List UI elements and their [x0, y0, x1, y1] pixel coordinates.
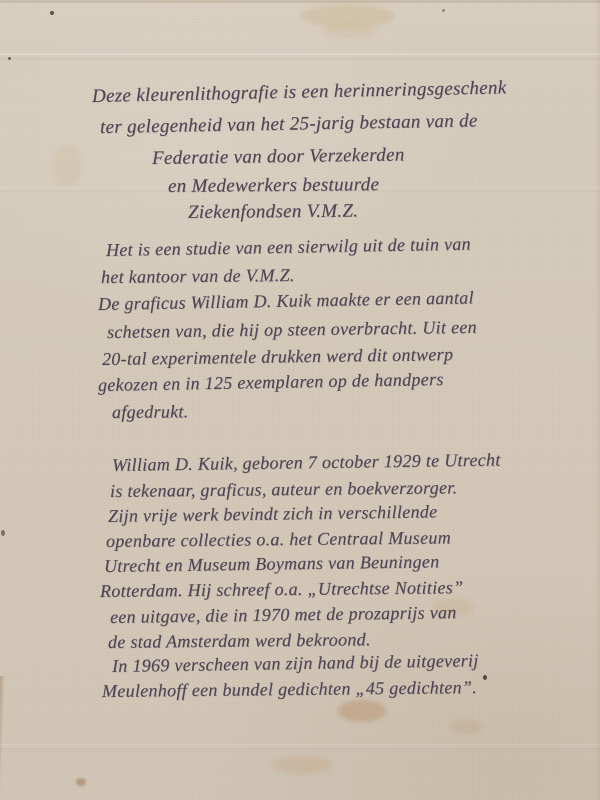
- handwritten-line-22: Meulenhoff een bundel gedichten „45 gedi…: [102, 677, 477, 702]
- handwritten-line-13: William D. Kuik, geboren 7 october 1929 …: [112, 450, 501, 476]
- paper-crease: [0, 744, 600, 750]
- handwritten-line-8: De graficus William D. Kuik maakte er ee…: [98, 287, 474, 315]
- handwritten-line-21: In 1969 verscheen van zijn hand bij de u…: [112, 650, 479, 677]
- paper-crease: [0, 53, 600, 60]
- handwritten-line-15: Zijn vrije werk bevindt zich in verschil…: [108, 501, 438, 527]
- paper-speck: [442, 9, 445, 12]
- paper-stain: [338, 700, 386, 722]
- paper-speck: [8, 57, 11, 60]
- handwritten-line-6: Het is een studie van een sierwilg uit d…: [106, 234, 471, 261]
- handwritten-line-3: Federatie van door Verzekerden: [152, 144, 405, 170]
- paper-stain: [272, 756, 332, 774]
- handwritten-line-18: Rotterdam. Hij schreef o.a. „Utrechtse N…: [100, 577, 464, 602]
- paper-stain: [322, 24, 377, 38]
- handwritten-line-4: en Medewerkers bestuurde: [168, 174, 379, 198]
- handwritten-line-14: is tekenaar, graficus, auteur en boekver…: [110, 477, 458, 502]
- handwritten-line-2: ter gelegenheid van het 25-jarig bestaan…: [100, 110, 478, 139]
- paper-left-edge-shadow: [0, 676, 5, 800]
- paper-speck: [1, 530, 5, 536]
- paper-stain: [450, 720, 482, 734]
- handwritten-line-20: de stad Amsterdam werd bekroond.: [108, 629, 371, 653]
- handwritten-line-12: afgedrukt.: [112, 401, 189, 423]
- paper-speck: [50, 11, 54, 15]
- paper-right-edge-shadow: [594, 0, 600, 800]
- handwritten-line-7: het kantoor van de V.M.Z.: [101, 265, 295, 288]
- paper-stain: [76, 778, 86, 786]
- paper-stain: [300, 4, 395, 28]
- handwritten-line-17: Utrecht en Museum Boymans van Beuningen: [104, 551, 440, 577]
- handwritten-line-1: Deze kleurenlithografie is een herinneri…: [92, 77, 507, 108]
- photographed-handwritten-page: Deze kleurenlithografie is een herinneri…: [0, 0, 600, 800]
- paper-speck: [483, 675, 487, 680]
- handwritten-line-9: schetsen van, die hij op steen overbrach…: [107, 317, 477, 343]
- paper-top-edge-shadow: [0, 0, 600, 3]
- paper-stain: [52, 145, 82, 187]
- handwritten-line-5: Ziekenfondsen V.M.Z.: [188, 201, 358, 224]
- handwritten-line-10: 20-tal experimentele drukken werd dit on…: [102, 344, 454, 370]
- handwritten-line-16: openbare collecties o.a. het Centraal Mu…: [106, 527, 451, 552]
- handwritten-line-19: een uitgave, die in 1970 met de prozapri…: [110, 602, 457, 628]
- handwritten-line-11: gekozen en in 125 exemplaren op de handp…: [98, 369, 444, 396]
